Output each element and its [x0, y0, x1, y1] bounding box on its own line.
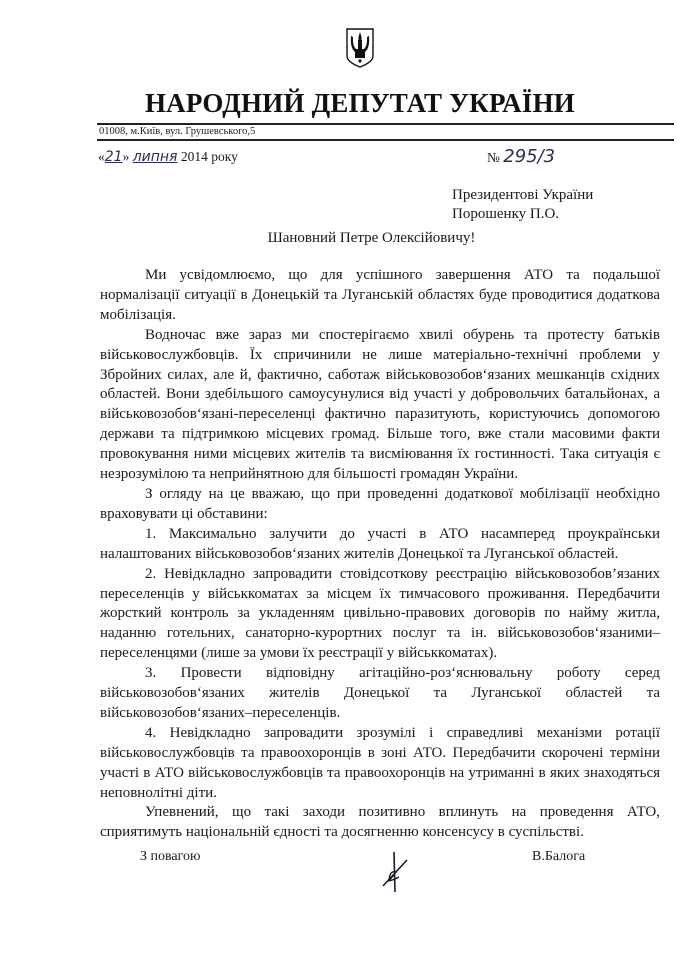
salutation: Шановний Петре Олексійовичу!: [0, 230, 683, 247]
number-value: 295/3: [503, 146, 555, 167]
paragraph-conclusion: Упевнений, що такі заходи позитивно впли…: [100, 803, 660, 843]
trident-coat-of-arms-icon: [346, 28, 374, 68]
date-day: 21: [105, 149, 123, 165]
letterhead-address: 01008, м.Київ, вул. Грушевського,5: [99, 126, 255, 137]
date-month: липня: [133, 149, 178, 165]
list-item-1: 1. Максимально залучити до участі в АТО …: [100, 525, 660, 565]
list-item-2: 2. Невідкладно запровадити стовідсоткову…: [100, 565, 660, 665]
letter-page: НАРОДНИЙ ДЕПУТАТ УКРАЇНИ 01008, м.Київ, …: [0, 0, 683, 960]
letter-date: «21» липня 2014 року: [98, 149, 238, 165]
handwritten-signature-icon: [380, 850, 410, 894]
date-quote-close: »: [123, 149, 130, 164]
signer-name: В.Балога: [532, 849, 585, 865]
letterhead-rule-bottom: [97, 139, 674, 141]
number-label: №: [487, 150, 500, 165]
letterhead-title: НАРОДНИЙ ДЕПУТАТ УКРАЇНИ: [100, 88, 620, 119]
letterhead-rule-top: [97, 123, 674, 125]
closing-phrase: З повагою: [140, 849, 201, 865]
registration-number: № 295/3: [487, 146, 555, 167]
addressee-block: Президентові України Порошенку П.О.: [452, 186, 593, 224]
letter-body: Ми усвідомлюємо, що для успішного заверш…: [100, 266, 660, 843]
addressee-line-1: Президентові України: [452, 186, 593, 205]
date-year: 2014 року: [181, 149, 238, 164]
paragraph: Водночас вже зараз ми спостерігаємо хвил…: [100, 326, 660, 485]
paragraph: Ми усвідомлюємо, що для успішного заверш…: [100, 266, 660, 326]
addressee-line-2: Порошенку П.О.: [452, 205, 593, 224]
list-item-4: 4. Невідкладно запровадити зрозумілі і с…: [100, 724, 660, 804]
paragraph: З огляду на це вважаю, що при проведенні…: [100, 485, 660, 525]
list-item-3: 3. Провести відповідну агітаційно-роз‘яс…: [100, 664, 660, 724]
date-quote-open: «: [98, 149, 105, 164]
